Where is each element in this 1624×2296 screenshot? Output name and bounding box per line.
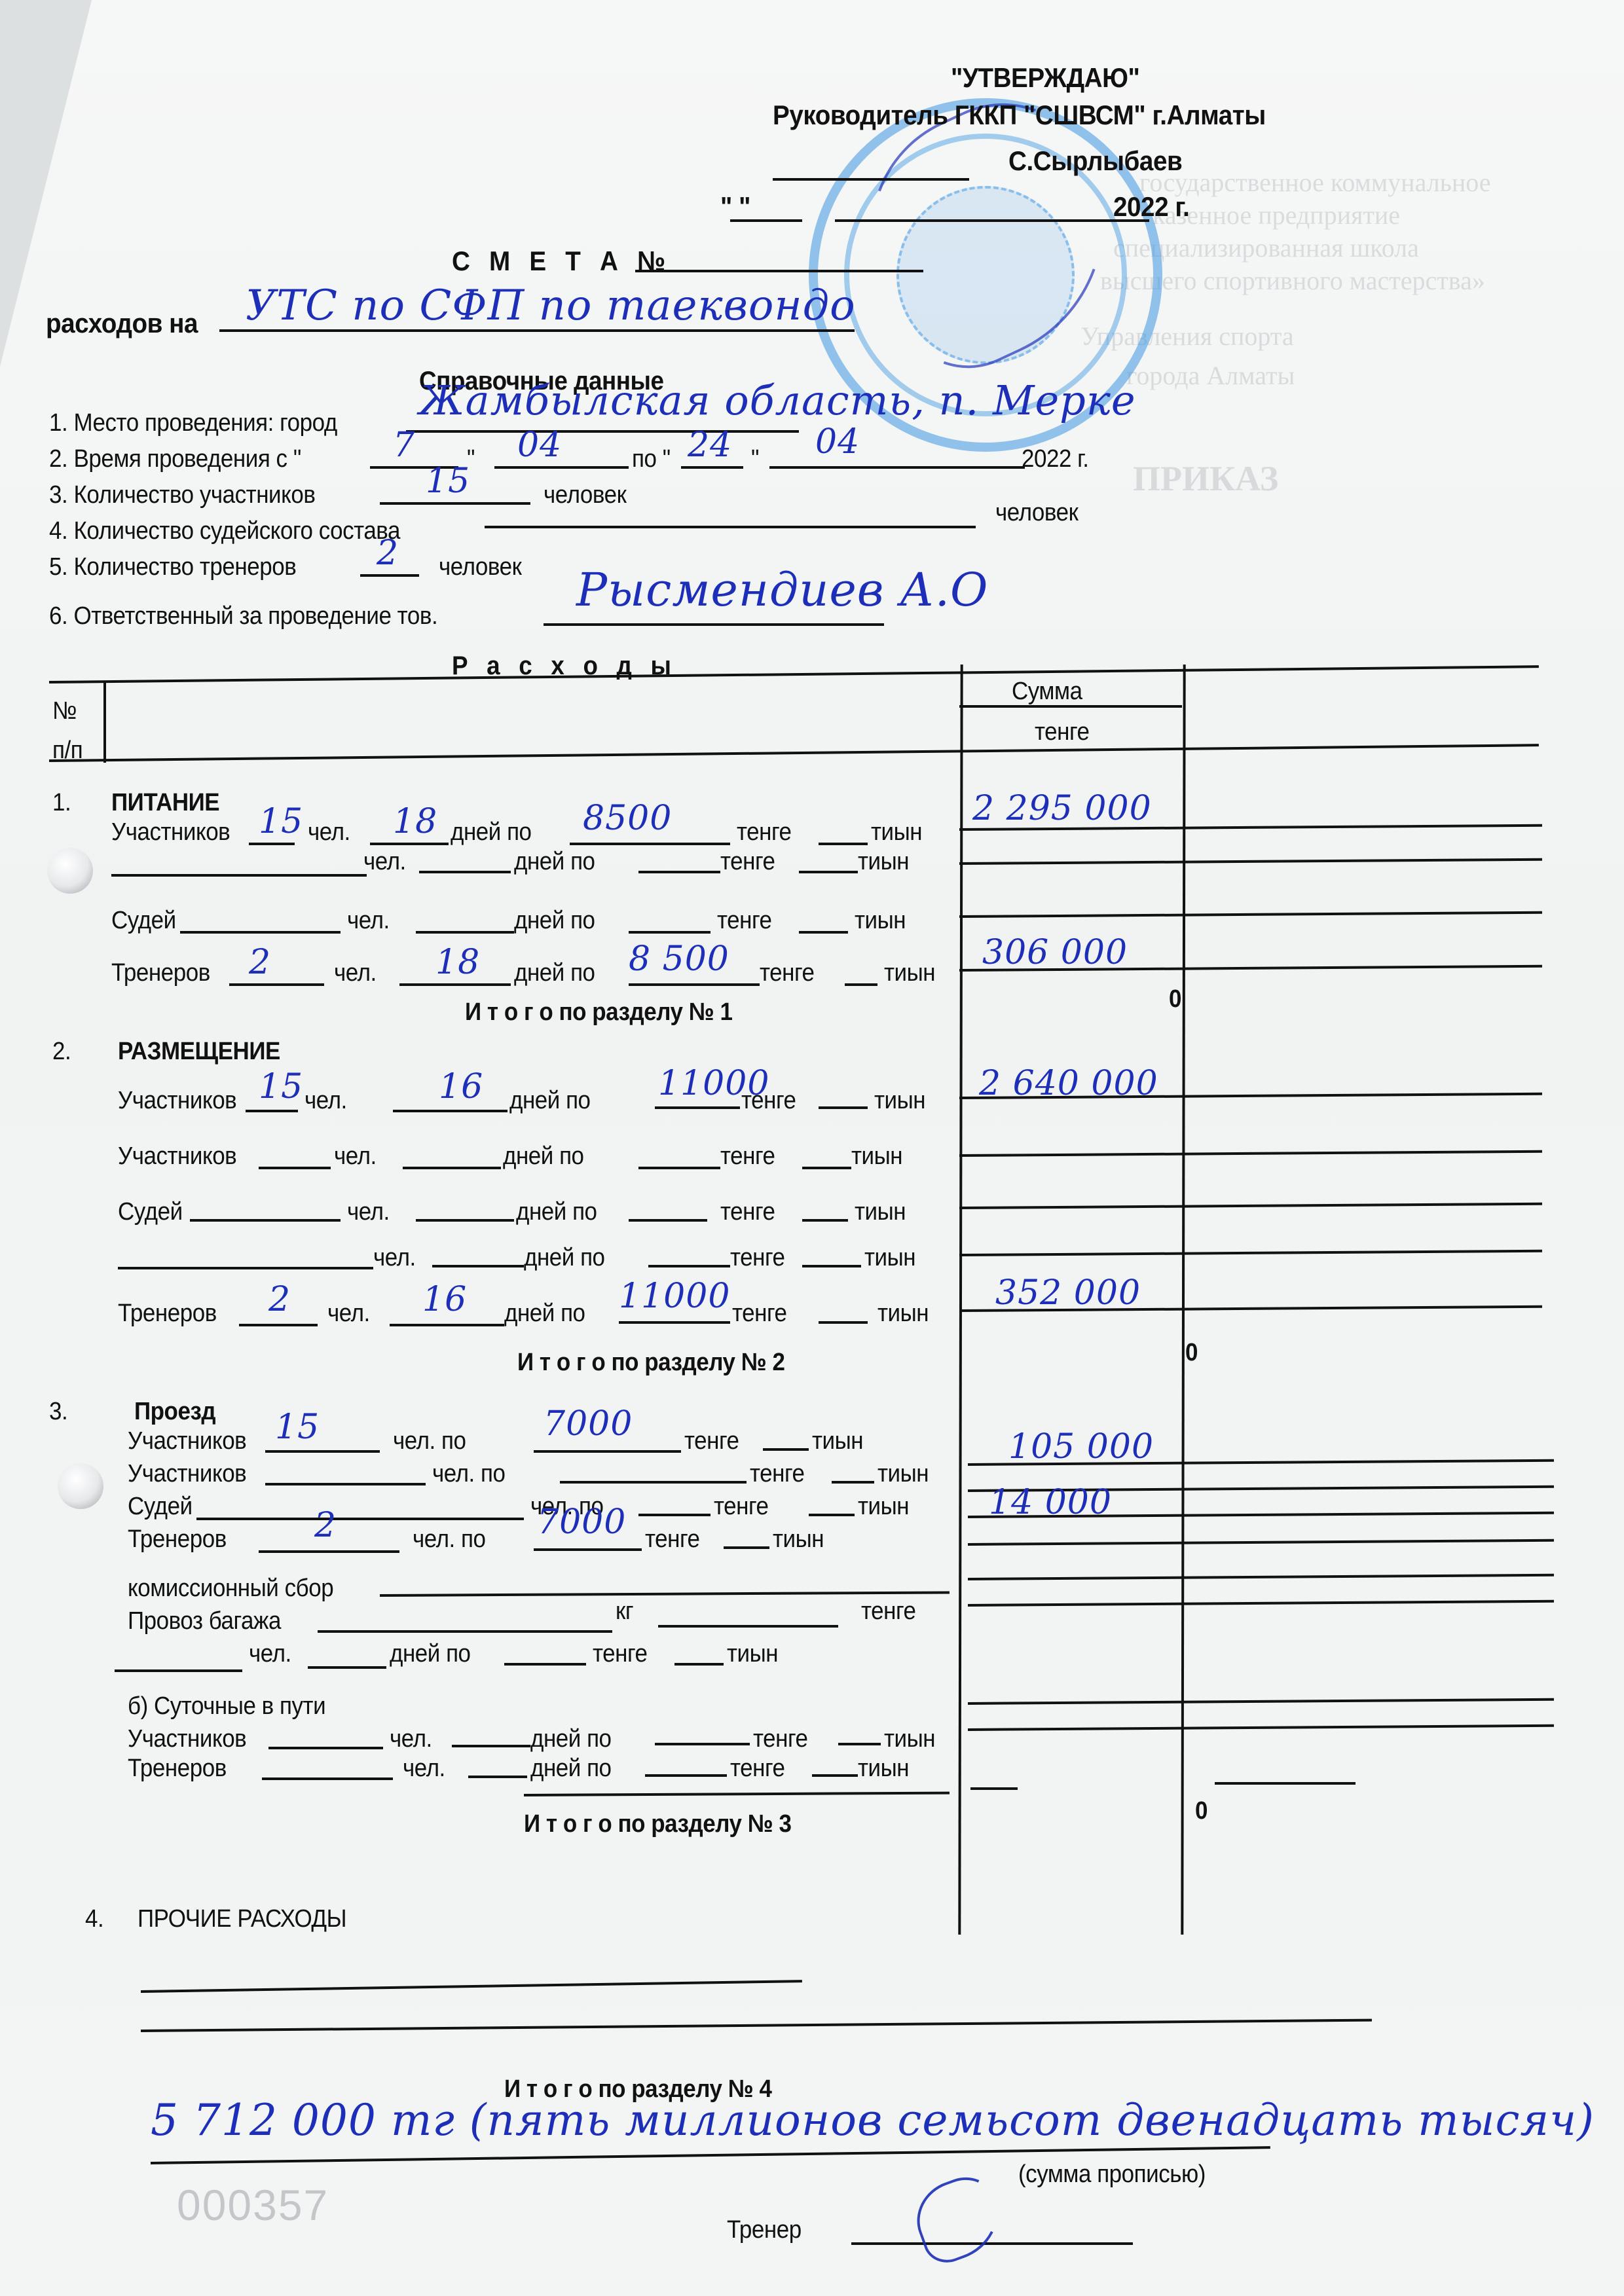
approval-year: 2022 г. — [1113, 191, 1189, 223]
fill-line — [259, 1550, 399, 1553]
fill-line — [619, 1321, 730, 1324]
section-1-title: ПИТАНИЕ — [111, 789, 219, 817]
daily-participants-label: Участников — [128, 1725, 246, 1753]
fill-line — [504, 1663, 586, 1666]
document-page: государственное коммунальное казенное пр… — [0, 0, 1624, 2296]
venue-label: 1. Место проведения: город — [49, 409, 337, 437]
table-top-border — [49, 665, 1539, 683]
fill-line — [180, 931, 341, 934]
expenses-for-line — [219, 329, 855, 332]
fill-line — [115, 1669, 242, 1672]
unit-chel: чел. — [304, 1087, 347, 1115]
baggage-kg: кг — [616, 1597, 633, 1626]
unit-tiyn: тиын — [884, 1725, 935, 1753]
s1-trainers-days: 18 — [435, 943, 480, 982]
section-3-total-label: И т о г о по разделу № 3 — [524, 1810, 792, 1838]
s3-judges-label: Судей — [128, 1493, 193, 1521]
col-sum-bottom: тенге — [1035, 718, 1090, 746]
unit-tenge: тенге — [720, 1198, 775, 1226]
fill-line — [638, 1167, 720, 1169]
fill-line — [812, 1774, 858, 1777]
form-serial-number: 000357 — [177, 2180, 329, 2230]
unit-tiyn: тиын — [858, 848, 909, 876]
unit-chel: чел. — [373, 1244, 416, 1272]
fill-line — [638, 871, 720, 873]
fill-line — [239, 1324, 318, 1326]
section-3-title: Проезд — [134, 1398, 215, 1426]
other-expenses-line — [141, 2019, 1372, 2032]
unit-chel-po: чел. по — [432, 1460, 505, 1488]
fill-line — [416, 1219, 514, 1222]
responsible-label: 6. Ответственный за проведение тов. — [49, 602, 437, 630]
fill-line — [648, 1265, 730, 1267]
s3-trainers-rate: 7000 — [537, 1503, 626, 1542]
fill-line — [393, 1110, 507, 1112]
approval-signature-line — [773, 178, 969, 181]
unit-tiyn: тиын — [858, 1493, 909, 1521]
s1-participants-amount: 2 295 000 — [972, 789, 1152, 828]
unit-tenge: тенге — [714, 1493, 769, 1521]
unit-tenge: тенге — [737, 818, 792, 847]
row-line — [959, 1250, 1542, 1256]
s2-participants2-label: Участников — [118, 1142, 236, 1171]
row-line — [959, 858, 1542, 865]
unit-tiyn: тиын — [727, 1640, 778, 1668]
unit-chel: чел. — [403, 1755, 445, 1783]
date-to-month: 04 — [815, 422, 860, 462]
unit-chel-po: чел. по — [393, 1427, 466, 1455]
section-4-number: 4. — [85, 1905, 103, 1933]
unit-chel: чел. — [390, 1725, 432, 1753]
row-line — [959, 1203, 1542, 1209]
unit-tiyn: тиын — [812, 1427, 863, 1455]
date-from-month: 04 — [517, 426, 562, 465]
bleed-through-text: ПРИКАЗ — [1133, 458, 1278, 499]
row-line — [959, 911, 1542, 918]
unit-tenge: тенге — [720, 1142, 775, 1171]
unit-tenge: тенге — [593, 1640, 648, 1668]
s1-trainers-amount: 306 000 — [982, 933, 1128, 972]
s3-participants2-label: Участников — [128, 1460, 246, 1488]
unit-tenge: тенге — [717, 907, 772, 935]
unit-chel: чел. — [334, 1142, 377, 1171]
fill-line — [403, 1167, 501, 1169]
fill-line — [262, 1777, 393, 1780]
section-2-number: 2. — [52, 1038, 71, 1066]
trainer-signature — [906, 2168, 1012, 2270]
unit-tiyn: тиын — [851, 1142, 902, 1171]
section-1-total-label: И т о г о по разделу № 1 — [465, 998, 733, 1027]
fill-line — [419, 871, 511, 873]
fill-line — [196, 1518, 524, 1520]
s1-participants-label: Участников — [111, 818, 230, 847]
unit-days: дней по — [503, 1142, 584, 1171]
unit-tenge: тенге — [753, 1725, 808, 1753]
row-line — [968, 1724, 1554, 1731]
fill-line — [190, 1219, 341, 1222]
fill-line — [809, 1514, 855, 1516]
unit-chel: чел. — [308, 818, 350, 847]
fill-line — [265, 1450, 380, 1453]
fill-line — [802, 1265, 861, 1267]
bleed-through-text: государственное коммунальное — [1139, 167, 1491, 198]
trainers-count-value: 2 — [377, 534, 399, 573]
amount-in-words-caption: (сумма прописью) — [1018, 2160, 1206, 2189]
fill-line — [819, 1106, 868, 1109]
approval-name: С.Сырлыбаев — [1008, 145, 1182, 177]
commission-label: комиссионный сбор — [128, 1575, 333, 1603]
s1-judges-label: Судей — [111, 907, 176, 935]
unit-days: дней по — [514, 848, 595, 876]
punch-hole — [47, 848, 93, 894]
unit-tenge: тенге — [645, 1525, 700, 1554]
fill-line — [534, 1548, 642, 1551]
fill-line — [249, 843, 295, 845]
fill-line — [674, 1663, 724, 1666]
fill-line — [838, 1743, 881, 1745]
fill-line — [845, 983, 877, 986]
row-line — [968, 1698, 1554, 1705]
fill-line — [534, 1450, 681, 1453]
unit-days: дней по — [530, 1755, 612, 1783]
unit-days: дней по — [509, 1087, 591, 1115]
section-2-total-label: И т о г о по разделу № 2 — [517, 1349, 785, 1377]
fill-line — [268, 1747, 383, 1749]
fill-line — [570, 843, 730, 845]
unit-tiyn: тиын — [855, 907, 906, 935]
fill-line — [432, 1265, 524, 1267]
s2-participants-days: 16 — [439, 1067, 483, 1106]
section-4-title: ПРОЧИЕ РАСХОДЫ — [138, 1905, 346, 1933]
trainers-count-label: 5. Количество тренеров — [49, 553, 296, 581]
s2-trainers-people: 2 — [268, 1280, 291, 1319]
unit-tiyn: тиын — [855, 1198, 906, 1226]
daily-allowance-label: б) Суточные в пути — [128, 1692, 325, 1721]
unit-tenge: тенге — [760, 959, 815, 987]
row-line — [968, 1539, 1554, 1546]
table-col-divider — [103, 681, 106, 763]
date-quote: " — [751, 445, 759, 473]
sum-column-left-border — [958, 665, 963, 1935]
s1-participants-days: 18 — [393, 802, 437, 841]
s3-trainers-label: Тренеров — [128, 1525, 227, 1554]
unit-tiyn: тиын — [773, 1525, 824, 1554]
baggage-label: Провоз багажа — [128, 1607, 281, 1635]
unit-days: дней по — [514, 959, 595, 987]
unit-chel: чел. — [347, 907, 390, 935]
fill-line — [468, 1776, 527, 1778]
expenses-for-label: расходов на — [46, 308, 198, 339]
fill-line — [370, 843, 449, 845]
unit-days: дней по — [514, 907, 595, 935]
fill-line — [763, 1448, 809, 1451]
fill-line — [655, 1106, 740, 1109]
fill-line — [819, 843, 868, 845]
fill-line — [799, 871, 858, 873]
table-header-bottom-border — [49, 744, 1539, 762]
fill-line — [724, 1546, 769, 1549]
dates-year: 2022 г. — [1022, 445, 1088, 473]
date-to-day-line — [681, 466, 743, 469]
fill-line — [229, 983, 324, 986]
unit-tenge: тенге — [720, 848, 775, 876]
approval-month-line — [835, 219, 1149, 222]
unit-tenge: тенге — [730, 1755, 785, 1783]
col-sum-top: Сумма — [1012, 678, 1082, 706]
unit-tiyn: тиын — [864, 1244, 915, 1272]
s3-participants-rate: 7000 — [544, 1404, 633, 1444]
trainer-signature-line — [851, 2242, 1133, 2245]
bleed-through-text: города Алматы — [1126, 360, 1295, 391]
baggage-tenge: тенге — [861, 1597, 916, 1626]
unit-chel: чел. — [334, 959, 377, 987]
participants-count-label: 3. Количество участников — [49, 481, 315, 509]
s2-judges-label: Судей — [118, 1198, 183, 1226]
unit-chel: чел. — [327, 1300, 370, 1328]
unit-days: дней по — [530, 1725, 612, 1753]
s3-participants-amount: 105 000 — [1008, 1427, 1154, 1467]
s2-participants-people: 15 — [259, 1067, 303, 1106]
judges-count-suffix: человек — [995, 499, 1078, 527]
fill-line — [629, 1219, 707, 1222]
fill-line — [629, 931, 710, 934]
fill-line — [799, 931, 848, 934]
sum-column-right-border — [1181, 665, 1185, 1935]
unit-days: дней по — [390, 1640, 471, 1668]
fill-line — [111, 874, 367, 877]
participants-count-line — [380, 502, 530, 505]
date-from-month-line — [494, 466, 629, 469]
fill-line — [560, 1481, 747, 1484]
estimate-number-line — [635, 270, 923, 272]
fill-line — [655, 1743, 750, 1745]
fill-line — [318, 1630, 612, 1633]
unit-tenge: тенге — [750, 1460, 805, 1488]
trainer-signature-label: Тренер — [727, 2216, 802, 2244]
section-3-total: 0 — [1195, 1797, 1208, 1825]
date-to-day: 24 — [688, 426, 732, 465]
other-expenses-line — [141, 1980, 802, 1993]
s3-participants-people: 15 — [275, 1408, 320, 1447]
s2-trainers-amount: 352 000 — [995, 1273, 1141, 1313]
section-2-total: 0 — [1185, 1339, 1198, 1367]
col-sum-divider — [959, 705, 1182, 708]
col-number-top: № — [52, 697, 77, 725]
unit-days: дней по — [451, 818, 532, 847]
fill-line — [246, 1110, 298, 1112]
responsible-line — [544, 623, 884, 626]
unit-chel-po: чел. по — [413, 1525, 485, 1554]
section-2-title: РАЗМЕЩЕНИЕ — [118, 1038, 280, 1066]
approval-day-line — [730, 219, 802, 222]
bleed-through-text: казенное предприятие — [1153, 200, 1400, 230]
trainers-count-suffix: человек — [439, 553, 521, 581]
daily-trainers-label: Тренеров — [128, 1755, 227, 1783]
unit-tenge: тенге — [741, 1087, 796, 1115]
fill-line — [819, 1321, 868, 1324]
fill-line — [399, 983, 511, 986]
expenses-for-value: УТС по СФП по таеквондо — [246, 282, 856, 330]
date-to-month-line — [769, 466, 1025, 469]
unit-tenge: тенге — [732, 1300, 787, 1328]
s3-trainers-amount: 14 000 — [989, 1483, 1112, 1522]
unit-chel: чел. — [347, 1198, 390, 1226]
fill-line — [629, 983, 760, 986]
amount-in-words: 5 712 000 тг (пять миллионов семьсот две… — [151, 2095, 1595, 2145]
venue-value: Жамбылская область, п. Мерке — [419, 376, 1136, 424]
s3-trainers-people: 2 — [314, 1506, 337, 1545]
unit-chel: чел. — [363, 848, 406, 876]
fill-line — [416, 931, 514, 934]
date-from-day: 7 — [393, 426, 415, 465]
s2-trainers-rate: 11000 — [619, 1277, 730, 1316]
section-3-number: 3. — [49, 1398, 67, 1426]
fill-line — [658, 1625, 838, 1628]
s1-participants-rate: 8500 — [583, 799, 672, 838]
unit-days: дней по — [504, 1300, 585, 1328]
unit-tiyn: тиын — [877, 1300, 929, 1328]
judges-count-label: 4. Количество судейского состава — [49, 517, 400, 545]
fill-line — [265, 1483, 426, 1485]
approval-position: Руководитель ГККП "СШВСМ" г.Алматы — [773, 100, 1266, 131]
date-to-label: по " — [632, 445, 671, 473]
s1-trainers-rate: 8 500 — [629, 939, 729, 979]
fill-line — [118, 1267, 373, 1269]
fill-line — [970, 1787, 1018, 1790]
fill-line — [802, 1219, 848, 1222]
row-line — [968, 1600, 1554, 1607]
fill-line — [308, 1666, 386, 1669]
dates-label: 2. Время проведения с " — [49, 445, 301, 473]
approval-title: "УТВЕРЖДАЮ" — [951, 62, 1139, 94]
unit-tiyn: тиын — [871, 818, 922, 847]
punch-hole — [58, 1463, 103, 1509]
fill-line — [645, 1774, 727, 1777]
fill-line — [524, 1792, 950, 1796]
unit-tiyn: тиын — [858, 1755, 909, 1783]
row-line — [968, 1574, 1554, 1580]
judges-count-line — [485, 526, 976, 528]
s2-trainers-days: 16 — [422, 1280, 467, 1319]
s1-trainers-label: Тренеров — [111, 959, 210, 987]
participants-count-suffix: человек — [544, 481, 626, 509]
venue-line — [406, 430, 799, 433]
s3-participants-label: Участников — [128, 1427, 246, 1455]
section-1-total: 0 — [1169, 985, 1181, 1013]
fill-line — [452, 1745, 530, 1747]
unit-tiyn: тиын — [877, 1460, 929, 1488]
unit-tenge: тенге — [684, 1427, 739, 1455]
s2-participants-label: Участников — [118, 1087, 236, 1115]
fill-line — [1215, 1782, 1356, 1785]
approval-date-quotes: " " — [720, 191, 750, 223]
unit-tiyn: тиын — [884, 959, 935, 987]
trainers-count-line — [360, 574, 419, 577]
participants-count-value: 15 — [426, 462, 470, 501]
fill-line — [259, 1167, 331, 1169]
unit-tenge: тенге — [730, 1244, 785, 1272]
s1-trainers-people: 2 — [249, 943, 271, 982]
unit-days: дней по — [524, 1244, 605, 1272]
responsible-value: Рысмендиев А.О — [576, 563, 988, 617]
row-line — [959, 1150, 1542, 1157]
unit-chel: чел. — [249, 1640, 291, 1668]
s1-participants-people: 15 — [259, 802, 303, 841]
fill-line — [390, 1324, 504, 1326]
fill-line — [638, 1514, 710, 1516]
fill-line — [832, 1481, 874, 1484]
section-1-number: 1. — [52, 789, 71, 817]
unit-tiyn: тиын — [874, 1087, 925, 1115]
unit-days: дней по — [516, 1198, 597, 1226]
commission-line — [380, 1591, 950, 1597]
fill-line — [802, 1167, 851, 1169]
s2-trainers-label: Тренеров — [118, 1300, 217, 1328]
